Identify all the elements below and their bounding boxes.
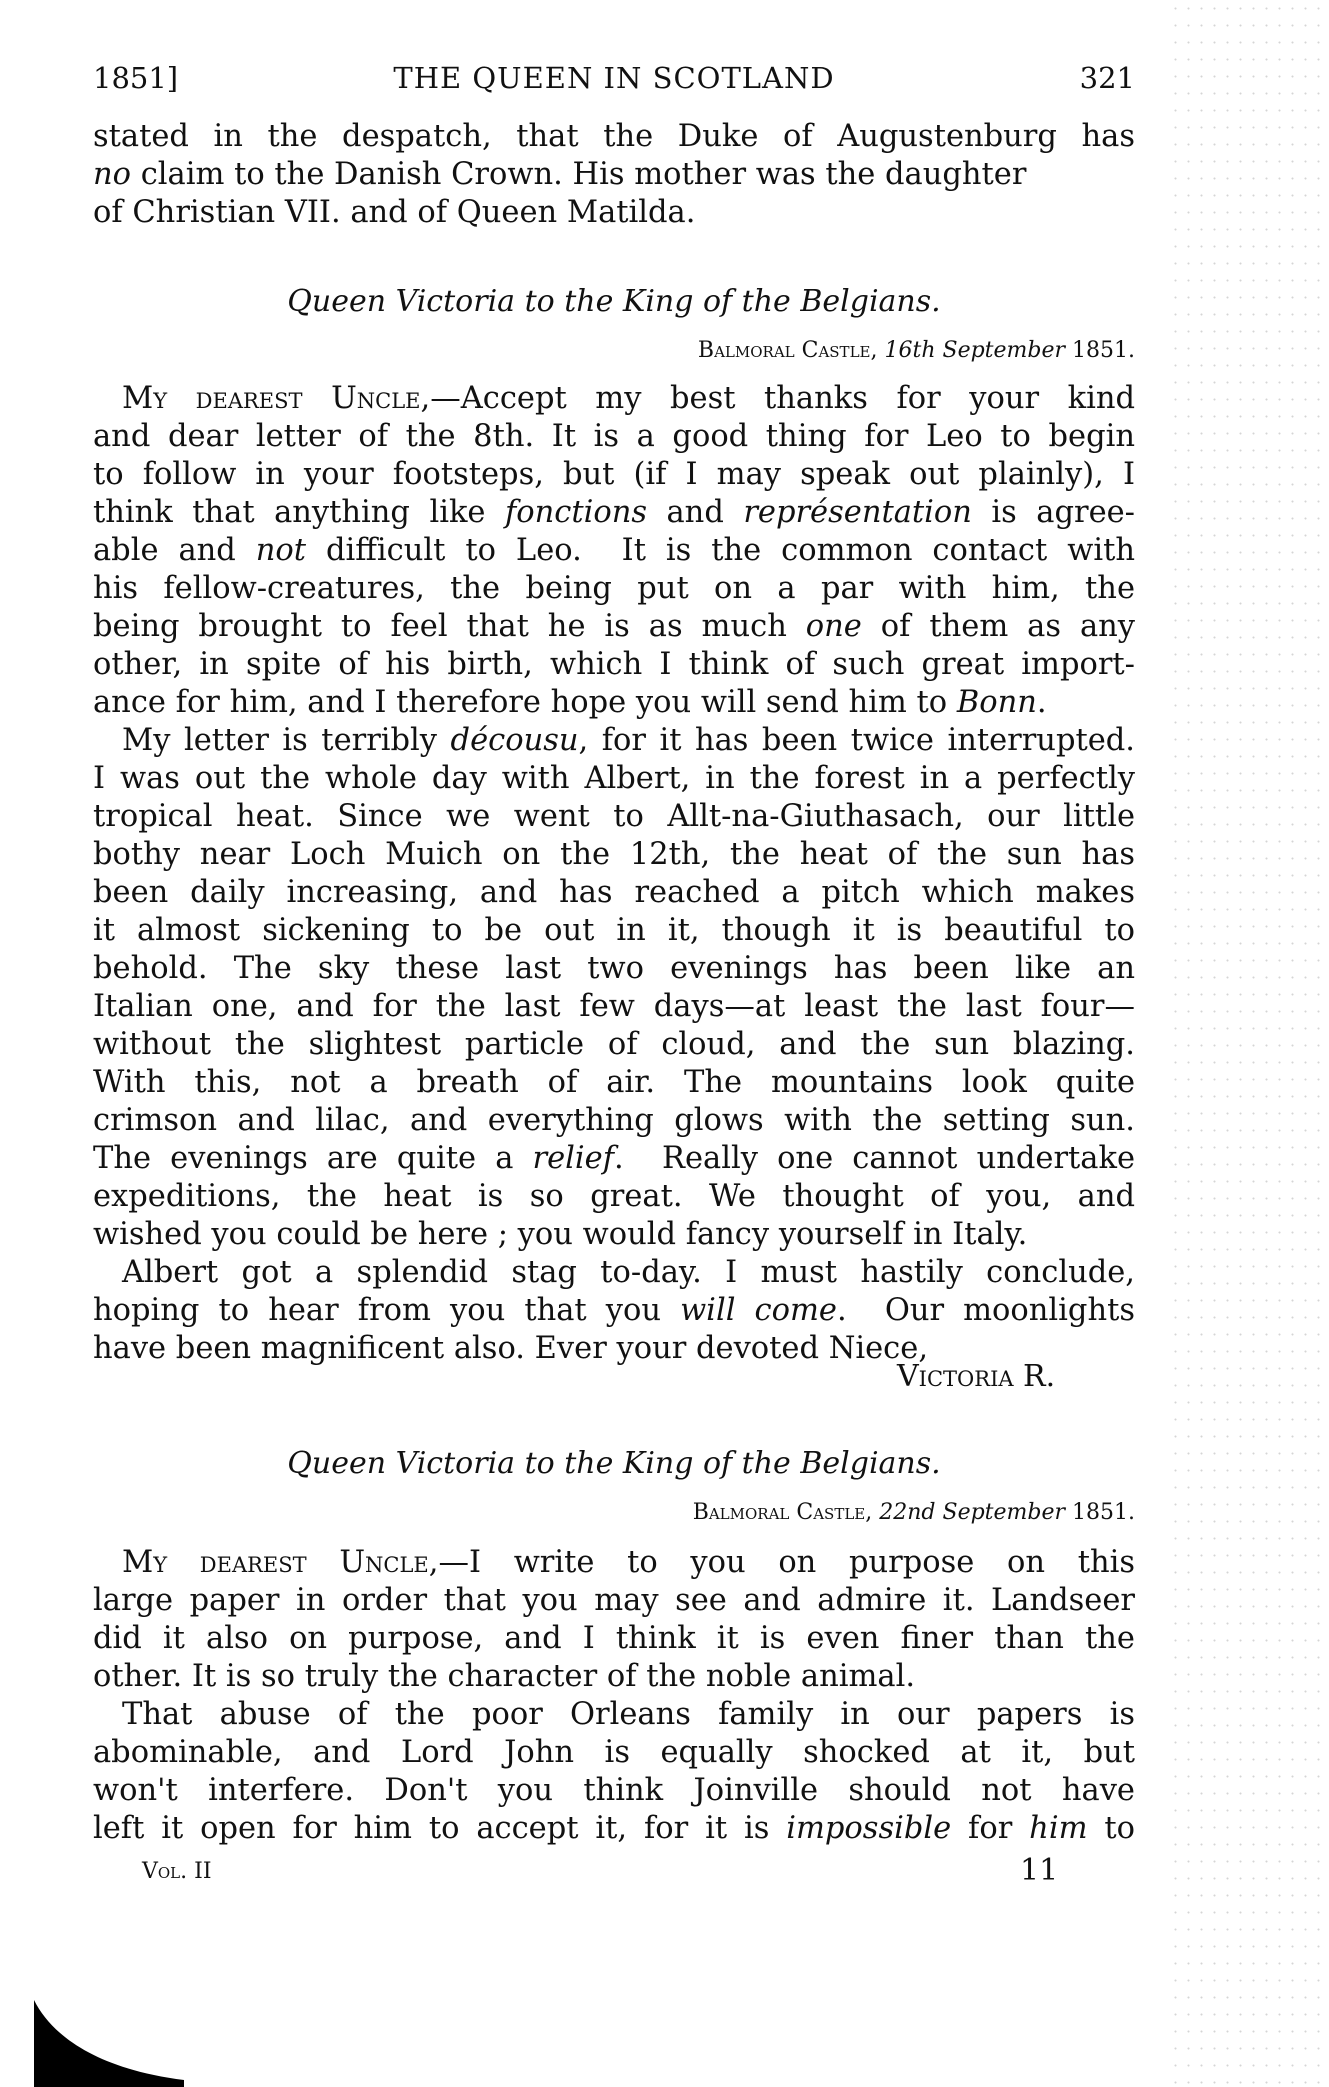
text-line: That abuse of the poor Orleans family in… bbox=[122, 1696, 1135, 1734]
dateline-year: 1851. bbox=[1072, 338, 1135, 363]
text-line: wished you could be here ; you would fan… bbox=[93, 1216, 1135, 1254]
dateline-month: September bbox=[943, 338, 1066, 363]
text-line: think that anything like fonctions and r… bbox=[93, 494, 1135, 532]
text-line: crimson and lilac, and everything glows … bbox=[93, 1102, 1135, 1140]
salutation-line: My dearest Uncle,—I write to you on purp… bbox=[122, 1544, 1135, 1582]
text-line: My letter is terribly décousu, for it ha… bbox=[122, 722, 1135, 760]
text-line: other. It is so truly the character of t… bbox=[93, 1658, 1135, 1696]
text-line: left it open for him to accept it, for i… bbox=[93, 1810, 1135, 1848]
text-line: did it also on purpose, and I think it i… bbox=[93, 1620, 1135, 1658]
text-line-content: —I write to you on purpose on this bbox=[438, 1545, 1135, 1580]
text-line-content: ance for him, and I therefore hope you w… bbox=[93, 685, 1047, 720]
letter-2-dateline: Balmoral Castle, 22nd September 1851. bbox=[693, 1498, 1135, 1528]
text-line: being brought to feel that he is as much… bbox=[93, 608, 1135, 646]
dateline-day: 22nd bbox=[879, 1500, 935, 1525]
text-line-content: able and not difficult to Leo. It is the… bbox=[93, 533, 1135, 568]
salutation-uncle: Uncle, bbox=[339, 1545, 438, 1580]
text-line: With this, not a breath of air. The moun… bbox=[93, 1064, 1135, 1102]
text-line: tropical heat. Since we went to Allt-na-… bbox=[93, 798, 1135, 836]
salutation: My dearest Uncle, bbox=[122, 1545, 438, 1580]
text-line-content: The evenings are quite a relief. Really … bbox=[93, 1141, 1135, 1176]
text-line: hoping to hear from you that you will co… bbox=[93, 1292, 1135, 1330]
text-line: won't interfere. Don't you think Joinvil… bbox=[93, 1772, 1135, 1810]
text-line-content: left it open for him to accept it, for i… bbox=[93, 1811, 1135, 1846]
salutation-dearest: dearest bbox=[200, 1545, 307, 1580]
text-line: abominable, and Lord John is equally sho… bbox=[93, 1734, 1135, 1772]
text-line-content: think that anything like fonctions and r… bbox=[93, 495, 1135, 530]
salutation-line: My dearest Uncle,—Accept my best thanks … bbox=[122, 380, 1135, 418]
italic-emphasis: no bbox=[93, 157, 131, 192]
text-line: large paper in order that you may see an… bbox=[93, 1582, 1135, 1620]
dateline-place: Balmoral Castle, bbox=[698, 338, 878, 363]
text-line: and dear letter of the 8th. It is a good… bbox=[93, 418, 1135, 456]
letter-1-dateline: Balmoral Castle, 16th September 1851. bbox=[698, 336, 1135, 366]
text-line: The evenings are quite a relief. Really … bbox=[93, 1140, 1135, 1178]
text-line: his fellow-creatures, the being put on a… bbox=[93, 570, 1135, 608]
running-head: 1851] THE QUEEN IN SCOTLAND 321 bbox=[93, 58, 1135, 98]
text-line: stated in the despatch, that the Duke of… bbox=[93, 118, 1135, 156]
text-line-content: My letter is terribly décousu, for it ha… bbox=[122, 723, 1135, 758]
salutation: My dearest Uncle, bbox=[122, 381, 430, 416]
salutation-my: My bbox=[122, 381, 167, 416]
letter-1-signature: Victoria R. bbox=[897, 1358, 1055, 1396]
dateline-year: 1851. bbox=[1072, 1500, 1135, 1525]
text-line-content: being brought to feel that he is as much… bbox=[93, 609, 1135, 644]
text-line: of Christian VII. and of Queen Matilda. bbox=[93, 194, 1135, 232]
text-line: able and not difficult to Leo. It is the… bbox=[93, 532, 1135, 570]
salutation-uncle: Uncle, bbox=[331, 381, 430, 416]
text-line: other, in spite of his birth, which I th… bbox=[93, 646, 1135, 684]
salutation-my: My bbox=[122, 1545, 167, 1580]
dateline-place: Balmoral Castle, bbox=[693, 1500, 873, 1525]
book-page: 1851] THE QUEEN IN SCOTLAND 321 stated i… bbox=[0, 0, 1329, 2087]
text-line: no claim to the Danish Crown. His mother… bbox=[93, 156, 1135, 194]
text-line: without the slightest particle of cloud,… bbox=[93, 1026, 1135, 1064]
text-line: it almost sickening to be out in it, tho… bbox=[93, 912, 1135, 950]
text-line-content: —Accept my best thanks for your kind bbox=[430, 381, 1135, 416]
text-line-content: stated in the despatch, that the Duke of… bbox=[93, 119, 1135, 154]
dateline-month: September bbox=[943, 1500, 1066, 1525]
footer-signature-mark: 11 bbox=[1020, 1854, 1058, 1888]
letter-1-heading: Queen Victoria to the King of the Belgia… bbox=[93, 282, 1135, 322]
binding-shadow-wedge bbox=[34, 2000, 184, 2087]
text-line: Albert got a splendid stag to-day. I mus… bbox=[122, 1254, 1135, 1292]
running-head-title: THE QUEEN IN SCOTLAND bbox=[93, 58, 1135, 98]
text-line-content: hoping to hear from you that you will co… bbox=[93, 1293, 1135, 1328]
text-line: behold. The sky these last two evenings … bbox=[93, 950, 1135, 988]
text-line: expeditions, the heat is so great. We th… bbox=[93, 1178, 1135, 1216]
dateline-day: 16th bbox=[884, 338, 935, 363]
letter-2-heading: Queen Victoria to the King of the Belgia… bbox=[93, 1444, 1135, 1484]
text-line: to follow in your footsteps, but (if I m… bbox=[93, 456, 1135, 494]
text-line: been daily increasing, and has reached a… bbox=[93, 874, 1135, 912]
paper-speckle-margin bbox=[1169, 0, 1329, 2087]
salutation-dearest: dearest bbox=[196, 381, 303, 416]
text-line-content: of Christian VII. and of Queen Matilda. bbox=[93, 195, 695, 230]
text-line-content: claim to the Danish Crown. His mother wa… bbox=[131, 157, 1026, 192]
text-line: bothy near Loch Muich on the 12th, the h… bbox=[93, 836, 1135, 874]
footer-volume: Vol. II bbox=[142, 1858, 212, 1886]
page-number: 321 bbox=[1080, 58, 1135, 98]
text-line: Italian one, and for the last few days—a… bbox=[93, 988, 1135, 1026]
text-line: I was out the whole day with Albert, in … bbox=[93, 760, 1135, 798]
text-line: ance for him, and I therefore hope you w… bbox=[93, 684, 1135, 722]
